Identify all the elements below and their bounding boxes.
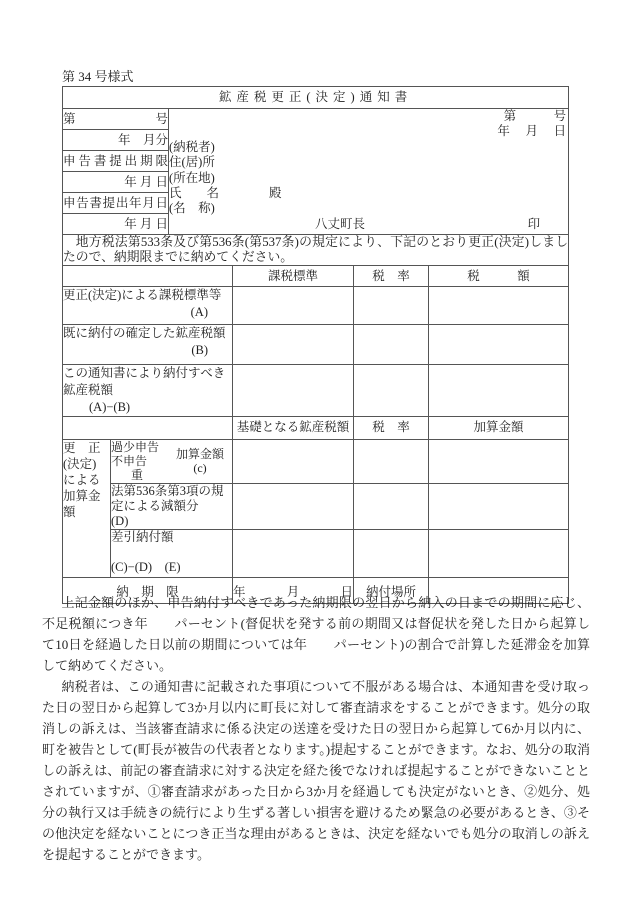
table-a-header-row: 課税標準 税 率 税 額 — [63, 266, 569, 287]
penalty-side-label-cell: 更 正 (決定) による 加算金 額 — [63, 440, 111, 578]
row-b-label-cell: 既に納付の確定した鉱産税額 (B) — [63, 325, 233, 365]
row-a-label-cell: 更正(決定)による課税標準等 (A) — [63, 287, 233, 325]
cell-c-amount — [429, 440, 569, 484]
cell-b-rate — [354, 325, 429, 365]
document-page: 第 34 号様式 鉱産税更正(決定)通知書 第 号 第 号 年 月 日 (納税者… — [0, 0, 630, 915]
appeal-rights-paragraph: 納税者は、この通知書に記載された事項について不服がある場合は、本通知書を受け取っ… — [42, 676, 590, 865]
row-ab-label: この通知書により納付すべき鉱産税額 — [63, 365, 232, 399]
issue-date: 年 月 日 — [169, 124, 568, 139]
row-c-code: (c) — [168, 461, 232, 475]
notice-text: 地方税法第533条及び第536条(第537条)の規定により、下記のとおり更正(決… — [63, 235, 568, 264]
cell-a-amount — [429, 287, 569, 325]
cell-c-base — [233, 440, 354, 484]
cell-b-base — [233, 325, 354, 365]
mayor-seal-line: 八丈町長 印 — [169, 217, 568, 232]
doc-no-row: 第 号 第 号 年 月 日 (納税者) 住(居)所 (所在地) 氏 名 殿 (名… — [63, 109, 569, 130]
row-reduction: 法第536条第3項の規定による減額分 (D) — [63, 484, 569, 530]
tax-base-header: 課税標準 — [233, 266, 354, 287]
penalty-type-heavy: 重 — [111, 468, 163, 482]
cell-ab-amount — [429, 365, 569, 417]
row-e-label: 差引納付額 — [111, 530, 232, 545]
seal-mark: 印 — [528, 217, 541, 232]
row-a-label: 更正(決定)による課税標準等 — [63, 287, 232, 304]
cell-d-amount — [429, 484, 569, 530]
notice-form-table: 鉱産税更正(決定)通知書 第 号 第 号 年 月 日 (納税者) 住(居)所 (… — [62, 86, 569, 604]
cell-d-rate — [354, 484, 429, 530]
right-doc-number: 第 号 — [169, 109, 568, 124]
row-b-code: (B) — [63, 342, 232, 359]
mayor-title: 八丈町長 — [315, 217, 365, 232]
cell-ab-base — [233, 365, 354, 417]
name-honorific-line: 氏 名 殿 — [169, 186, 568, 201]
row-c-label-cell: 過少申告 不申告 重 加算金額 (c) — [111, 440, 233, 484]
table-b-header-row: 基礎となる鉱産税額 税 率 加算金額 — [63, 417, 569, 440]
table-a-header-empty — [63, 266, 233, 287]
notice-cell: 地方税法第533条及び第536条(第537条)の規定により、下記のとおり更正(決… — [63, 235, 569, 266]
cell-c-rate — [354, 440, 429, 484]
row-ab-label-cell: この通知書により納付すべき鉱産税額 (A)−(B) — [63, 365, 233, 417]
title-row: 鉱産税更正(決定)通知書 — [63, 87, 569, 109]
form-title: 鉱産税更正(決定)通知書 — [63, 87, 569, 109]
row-d-label: 法第536条第3項の規定による減額分 — [111, 484, 232, 514]
row-c-label: 加算金額 — [168, 447, 232, 461]
cell-e-base — [233, 530, 354, 578]
cell-e-amount — [429, 530, 569, 578]
addressee-cell: 第 号 年 月 日 (納税者) 住(居)所 (所在地) 氏 名 殿 (名 称) … — [169, 109, 569, 235]
taxpayer-label: (納税者) — [169, 140, 568, 155]
location-label: (所在地) — [169, 171, 568, 186]
penalty-rate-header: 税 率 — [354, 417, 429, 440]
filing-deadline-date: 年 月 日 — [63, 172, 169, 193]
cell-a-base — [233, 287, 354, 325]
cell-a-rate — [354, 287, 429, 325]
delay-charge-paragraph: 上記金額のほか、申告納付すべきであった納期限の翌日から納入の日までの期間に応じ、… — [42, 592, 590, 676]
legal-text-block: 上記金額のほか、申告納付すべきであった納期限の翌日から納入の日までの期間に応じ、… — [42, 592, 590, 865]
row-payable-amount: この通知書により納付すべき鉱産税額 (A)−(B) — [63, 365, 569, 417]
filing-date-label: 申告書提出年月日 — [63, 193, 169, 214]
penalty-type-nonreport: 不申告 — [111, 454, 163, 468]
tax-period-field: 年 月分 — [63, 130, 169, 151]
address-label: 住(居)所 — [169, 155, 568, 170]
penalty-type-list: 過少申告 不申告 重 — [111, 440, 163, 482]
penalty-type-underreport: 過少申告 — [111, 440, 163, 454]
row-b-label: 既に納付の確定した鉱産税額 — [63, 325, 232, 342]
row-d-label-cell: 法第536条第3項の規定による減額分 (D) — [111, 484, 233, 530]
row-e-label-cell: 差引納付額 (C)−(D) (E) — [111, 530, 233, 578]
base-tax-header: 基礎となる鉱産税額 — [233, 417, 354, 440]
row-paid-amount: 既に納付の確定した鉱産税額 (B) — [63, 325, 569, 365]
cell-e-rate — [354, 530, 429, 578]
cell-b-amount — [429, 325, 569, 365]
table-b-header-empty — [63, 417, 233, 440]
row-corrected-base: 更正(決定)による課税標準等 (A) — [63, 287, 569, 325]
filing-date-field: 年 月 日 — [63, 214, 169, 235]
notice-row: 地方税法第533条及び第536条(第537条)の規定により、下記のとおり更正(決… — [63, 235, 569, 266]
tax-rate-header: 税 率 — [354, 266, 429, 287]
row-d-code: (D) — [111, 514, 232, 529]
cell-ab-rate — [354, 365, 429, 417]
tax-amount-header: 税 額 — [429, 266, 569, 287]
row-c-label-block: 加算金額 (c) — [168, 447, 232, 475]
penalty-side-label: 更 正 (決定) による 加算金 額 — [63, 440, 110, 520]
filing-deadline-label: 申告書提出期限 — [63, 151, 169, 172]
row-penalty-charge: 更 正 (決定) による 加算金 額 過少申告 不申告 重 加算金額 (c) — [63, 440, 569, 484]
penalty-amount-header: 加算金額 — [429, 417, 569, 440]
form-number-label: 第 34 号様式 — [62, 66, 134, 85]
name-alt-label: (名 称) — [169, 201, 568, 216]
row-a-code: (A) — [63, 304, 232, 321]
cell-d-base — [233, 484, 354, 530]
row-ab-code: (A)−(B) — [63, 399, 232, 416]
row-net-payment: 差引納付額 (C)−(D) (E) — [63, 530, 569, 578]
doc-number-field: 第 号 — [63, 109, 169, 130]
row-e-code: (C)−(D) (E) — [111, 560, 232, 575]
